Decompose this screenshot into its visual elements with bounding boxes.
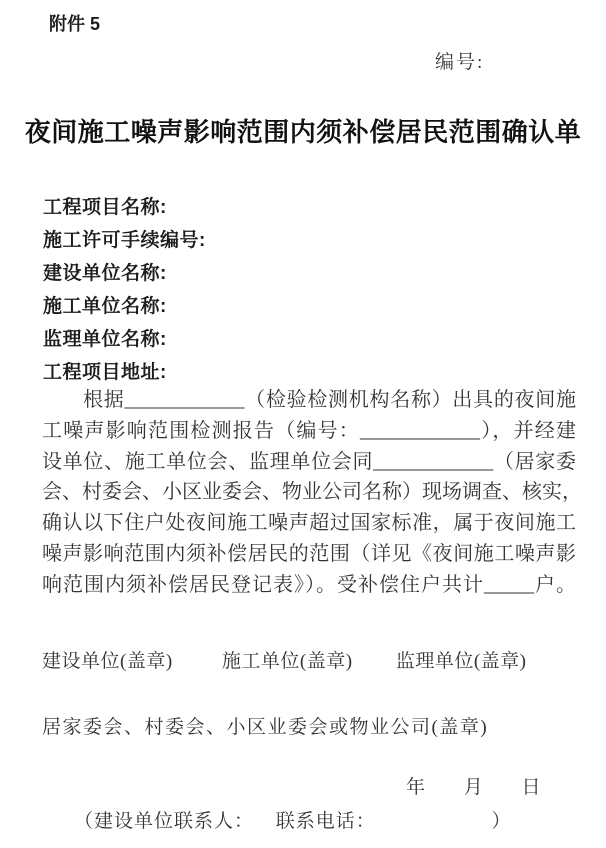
field-permit-number: 施工许可手续编号:	[43, 224, 206, 257]
field-supervision-unit-name: 监理单位名称:	[43, 323, 206, 356]
month-label: 月	[464, 777, 483, 798]
contact-person-label: （建设单位联系人：	[74, 811, 254, 832]
year-label: 年	[406, 777, 425, 798]
paragraph-line: 会、村委会、小区业委会、物业公司名称）现场调查、核实，	[42, 477, 576, 508]
body-paragraph: 根据____________（检验检测机构名称）出具的夜间施 工噪声影响范围检测…	[42, 385, 576, 601]
construction-unit-stamp-label: 建设单位(盖章)	[42, 651, 173, 672]
day-label: 日	[522, 777, 541, 798]
stamps-row: 建设单位(盖章) 施工单位(盖章) 监理单位(盖章)	[42, 646, 526, 673]
supervision-unit-stamp-label: 监理单位(盖章)	[396, 651, 527, 672]
field-construction-unit-name: 建设单位名称:	[43, 257, 206, 290]
contact-line: （建设单位联系人： 联系电话： ）	[74, 806, 512, 833]
attachment-label: 附件 5	[49, 10, 100, 36]
paragraph-line: 确认以下住户处夜间施工噪声超过国家标准，属于夜间施工	[42, 508, 576, 539]
contractor-unit-stamp-label: 施工单位(盖章)	[222, 651, 353, 672]
document-page: 附件 5 编号: 夜间施工噪声影响范围内须补偿居民范围确认单 工程项目名称: 施…	[0, 0, 606, 848]
paragraph-line: 噪声影响范围内须补偿居民的范围（详见《夜间施工噪声影	[42, 539, 576, 570]
field-project-name: 工程项目名称:	[43, 191, 206, 224]
field-contractor-unit-name: 施工单位名称:	[43, 290, 206, 323]
contact-phone-label: 联系电话：	[276, 811, 376, 832]
committee-stamp-label: 居家委会、村委会、小区业委会或物业公司(盖章)	[42, 712, 488, 739]
paragraph-line: 设单位、施工单位会、监理单位会同____________（居家委	[42, 447, 576, 478]
paragraph-line: 响范围内须补偿居民登记表》）。受补偿住户共计_____户。	[42, 570, 576, 601]
paragraph-line: 根据____________（检验检测机构名称）出具的夜间施	[42, 385, 576, 416]
document-title: 夜间施工噪声影响范围内须补偿居民范围确认单	[0, 112, 606, 149]
contact-close-paren: ）	[492, 811, 512, 832]
project-fields: 工程项目名称: 施工许可手续编号: 建设单位名称: 施工单位名称: 监理单位名称…	[43, 191, 206, 389]
doc-number-label: 编号:	[435, 47, 484, 74]
date-line: 年 月 日	[406, 772, 541, 799]
paragraph-line: 工噪声影响范围检测报告（编号：____________），并经建	[42, 416, 576, 447]
